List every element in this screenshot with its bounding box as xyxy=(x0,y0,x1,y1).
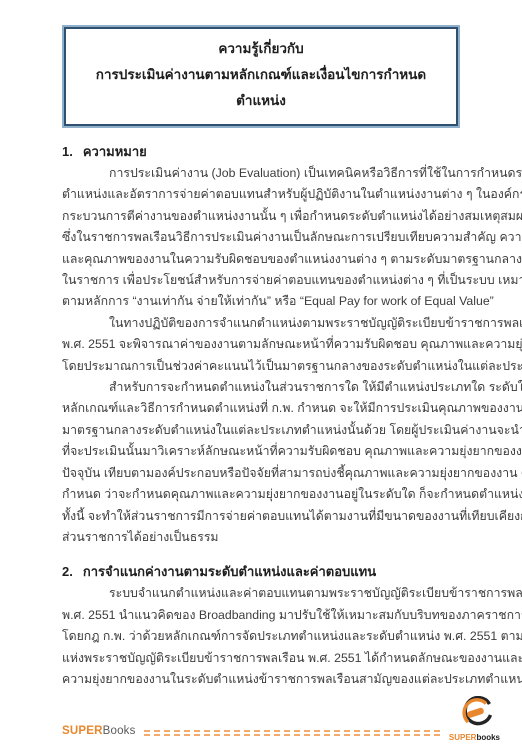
superbooks-logo: SUPERbooks xyxy=(448,723,500,739)
section-1-paragraph-2: ในทางปฏิบัติของการจำแนกตำแหน่งตามพระราชบ… xyxy=(62,313,460,377)
paragraph-line: ในทางปฏิบัติของการจำแนกตำแหน่งตามพระราชบ… xyxy=(62,313,460,334)
footer-brand-super: SUPER xyxy=(62,725,103,737)
superbooks-logo-icon xyxy=(460,696,494,730)
paragraph-line: ความยุ่งยากของงานในระดับตำแหน่งข้าราชการ… xyxy=(62,669,460,690)
title-box: ความรู้เกี่ยวกับ การประเมินค่างานตามหลัก… xyxy=(64,27,458,126)
paragraph-line: การประเมินค่างาน (Job Evaluation) เป็นเท… xyxy=(62,163,460,184)
section-1-title: ความหมาย xyxy=(83,141,147,163)
page-title-line-1: ความรู้เกี่ยวกับ xyxy=(74,36,448,62)
page-footer: SUPERBooks SUPERbooks xyxy=(62,723,500,739)
section-1-number: 1. xyxy=(62,141,73,163)
section-1-paragraph-1: การประเมินค่างาน (Job Evaluation) เป็นเท… xyxy=(62,163,460,313)
section-1-paragraph-3: สำหรับการจะกำหนดตำแหน่งในส่วนราชการใด ให… xyxy=(62,377,460,548)
paragraph-line: ที่จะประเมินนั้นมาวิเคราะห์ลักษณะหน้าที่… xyxy=(62,441,460,462)
paragraph-line: มาตรฐานกลางระดับตำแหน่งในแต่ละประเภทตำแห… xyxy=(62,420,460,441)
paragraph-line: และคุณภาพของงานในความรับผิดชอบของตำแหน่ง… xyxy=(62,249,460,270)
page-content: ความรู้เกี่ยวกับ การประเมินค่างานตามหลัก… xyxy=(62,25,460,690)
paragraph-line: พ.ศ. 2551 นำแนวคิดของ Broadbanding มาปรั… xyxy=(62,605,460,626)
section-1-heading: 1. ความหมาย xyxy=(62,141,460,163)
section-2-title: การจำแนกค่างานตามระดับตำแหน่งและค่าตอบแท… xyxy=(83,561,376,583)
footer-brand-books: Books xyxy=(103,725,136,737)
footer-dashed-divider xyxy=(144,730,442,735)
paragraph-line: ระบบจำแนกตำแหน่งและค่าตอบแทนตามพระราชบัญ… xyxy=(62,583,460,604)
document-page: { "title_box": { "line1": "ความรู้เกี่ยว… xyxy=(0,0,522,751)
paragraph-line: กระบวนการตีค่างานของตำแหน่งงานนั้น ๆ เพื… xyxy=(62,206,460,227)
section-2-number: 2. xyxy=(62,561,73,583)
paragraph-line: ตามหลักการ “งานเท่ากัน จ่ายให้เท่ากัน” ห… xyxy=(62,291,460,312)
paragraph-line: แห่งพระราชบัญญัติระเบียบข้าราชการพลเรือน… xyxy=(62,648,460,669)
section-2-heading: 2. การจำแนกค่างานตามระดับตำแหน่งและค่าตอ… xyxy=(62,561,460,583)
footer-brand-text: SUPERBooks xyxy=(62,725,136,737)
paragraph-line: ตำแหน่งและอัตราการจ่ายค่าตอบแทนสำหรับผู้… xyxy=(62,184,460,205)
paragraph-line: หลักเกณฑ์และวิธีการกำหนดตำแหน่งที่ ก.พ. … xyxy=(62,398,460,419)
paragraph-line: ปัจจุบัน เทียบตามองค์ประกอบหรือปัจจัยที่… xyxy=(62,463,460,484)
paragraph-line: ซึ่งในราชการพลเรือนวิธีการประเมินค่างานเ… xyxy=(62,227,460,248)
paragraph-line: ส่วนราชการได้อย่างเป็นธรรม xyxy=(62,527,460,548)
section-2-paragraph-1: ระบบจำแนกตำแหน่งและค่าตอบแทนตามพระราชบัญ… xyxy=(62,583,460,690)
paragraph-line: โดยประมาณการเป็นช่วงค่าคะแนนไว้เป็นมาตรฐ… xyxy=(62,356,460,377)
superbooks-logo-text: SUPERbooks xyxy=(449,733,500,742)
paragraph-line: ทั้งนี้ จะทำให้ส่วนราชการมีการจ่ายค่าตอบ… xyxy=(62,506,460,527)
paragraph-line: สำหรับการจะกำหนดตำแหน่งในส่วนราชการใด ให… xyxy=(62,377,460,398)
paragraph-line: กำหนด ว่าจะกำหนดคุณภาพและความยุ่งยากของง… xyxy=(62,484,460,505)
page-title-line-2: การประเมินค่างานตามหลักเกณฑ์และเงื่อนไขก… xyxy=(74,62,448,114)
paragraph-line: พ.ศ. 2551 จะพิจารณาค่าของงานตามลักษณะหน้… xyxy=(62,334,460,355)
paragraph-line: ในราชการ เพื่อประโยชน์สำหรับการจ่ายค่าตอ… xyxy=(62,270,460,291)
paragraph-line: โดยกฎ ก.พ. ว่าด้วยหลักเกณฑ์การจัดประเภทต… xyxy=(62,626,460,647)
